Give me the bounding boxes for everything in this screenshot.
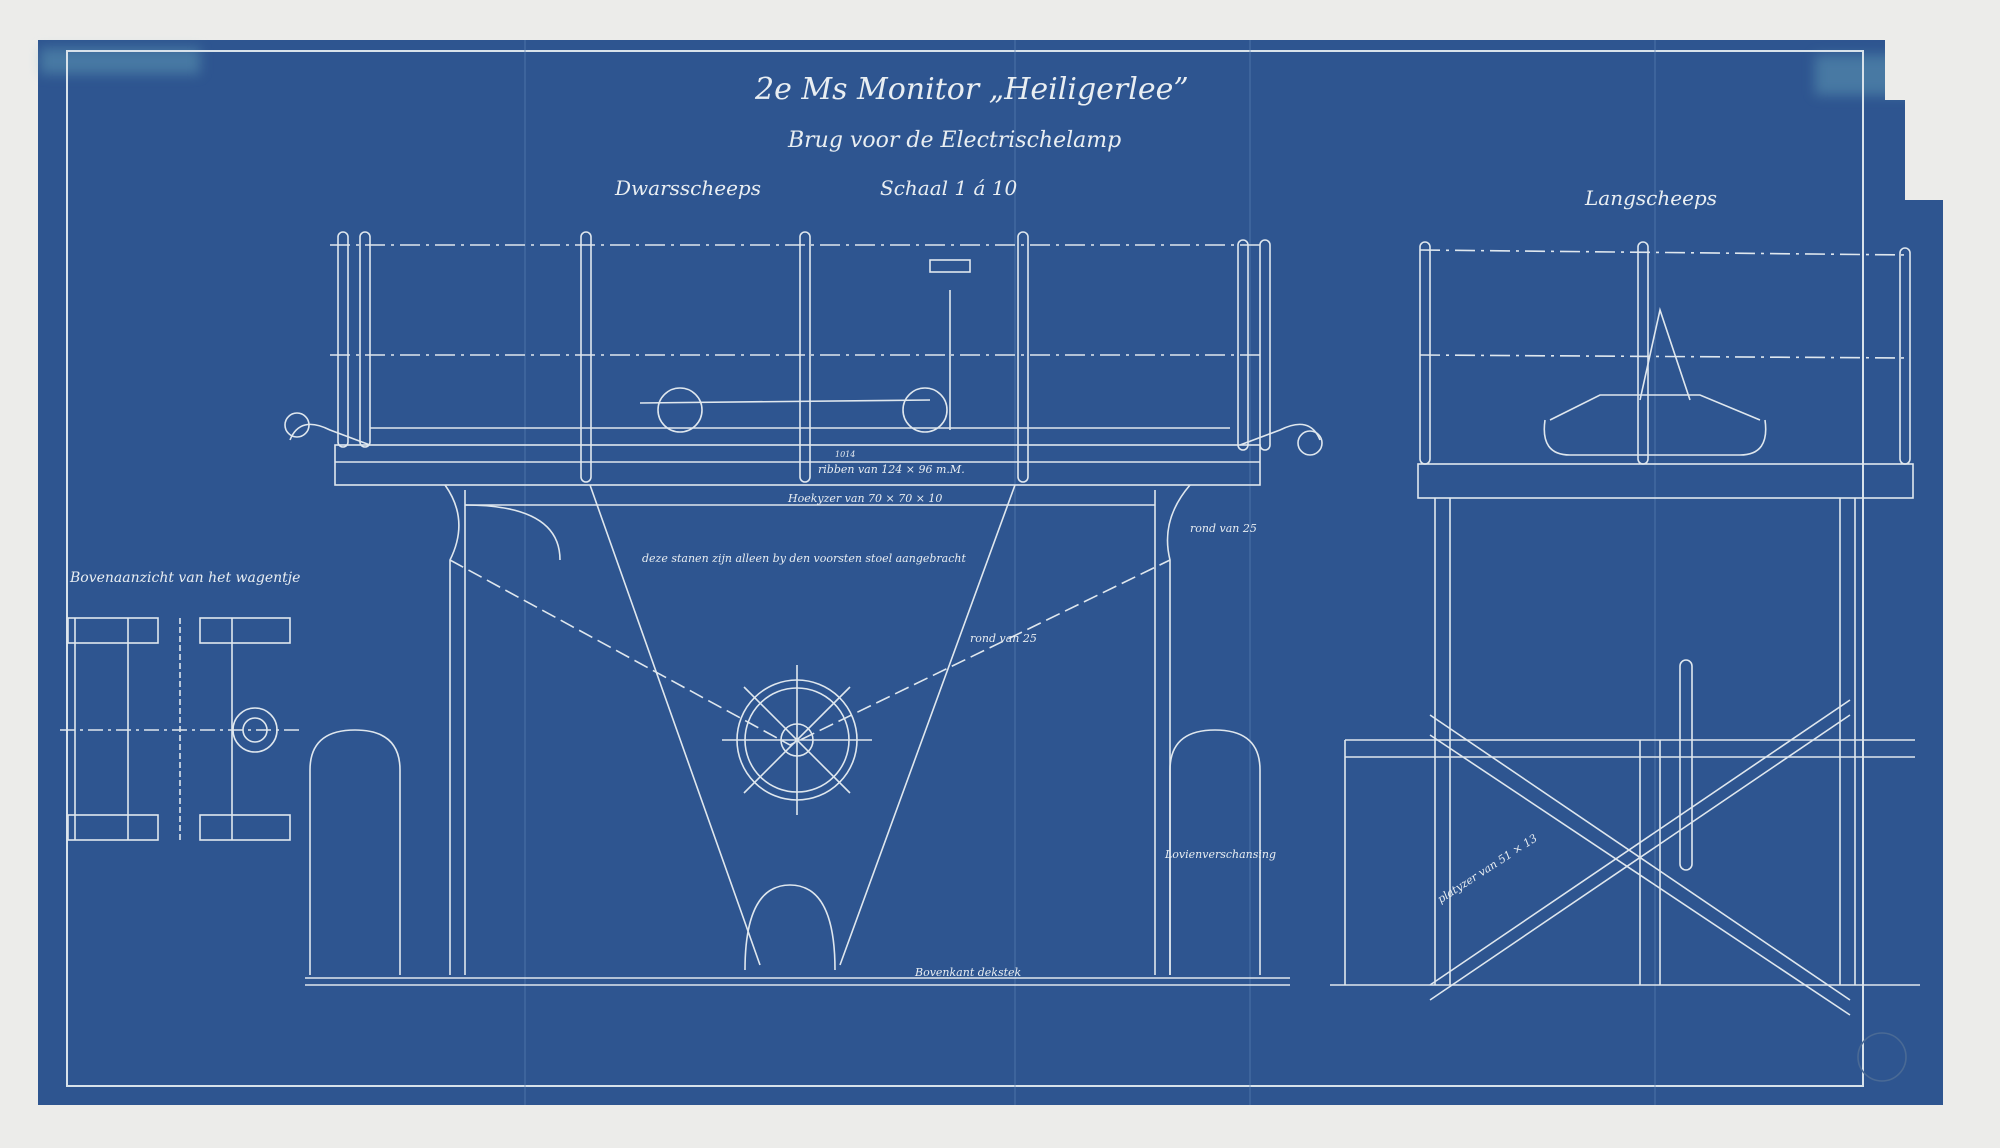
scale-label: Schaal 1 á 10 — [880, 176, 1017, 200]
view-label-top: Bovenaanzicht van het wagentje — [70, 570, 300, 586]
annotation-ribs: ribben van 124 × 96 m.M. — [818, 463, 965, 476]
annotation-rod-lower: rond van 25 — [970, 632, 1037, 645]
drawing-title: 2e Ms Monitor „Heiligerlee” — [755, 72, 1189, 107]
annotation-stanchions: deze stanen zijn alleen by den voorsten … — [642, 552, 966, 565]
cross-platform — [285, 413, 1322, 485]
lamp-carriage — [640, 260, 970, 432]
drawing-subtitle: Brug voor de Electrischelamp — [788, 128, 1121, 153]
carriage-top-view — [60, 618, 300, 840]
view-label-cross: Dwarsscheeps — [615, 176, 761, 200]
annotation-deck: Bovenkant dekstek — [915, 966, 1021, 979]
annotation-rod-upper: rond van 25 — [1190, 522, 1257, 535]
bulkheads — [310, 730, 1260, 975]
stamp-circle — [1858, 1033, 1906, 1081]
annotation-small-dim: 1014 — [835, 450, 855, 459]
view-label-longitudinal: Langscheeps — [1585, 186, 1717, 210]
longitudinal-view — [1330, 242, 1920, 1015]
annotation-angle-iron: Hoekyzer van 70 × 70 × 10 — [788, 492, 942, 505]
annotation-bulkhead: Lovienverschansing — [1165, 848, 1276, 861]
ships-wheel — [722, 665, 872, 815]
